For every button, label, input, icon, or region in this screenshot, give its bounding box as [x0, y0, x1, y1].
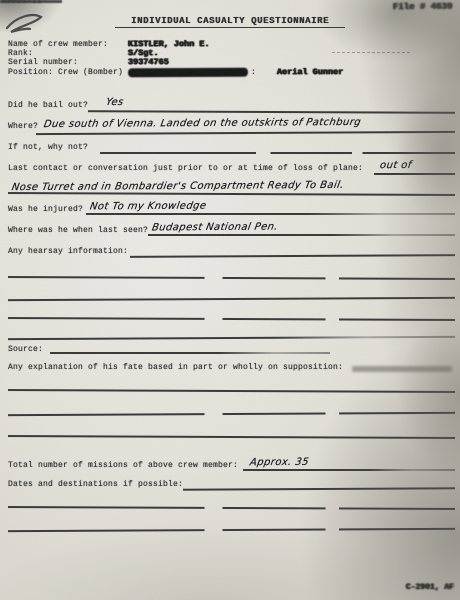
q-injured-label: Was he injured?: [8, 205, 83, 214]
position-label: Position: Crew (Bomber): [8, 68, 123, 77]
answer-line: [130, 254, 455, 257]
q-injured-answer: Not To my Knowledge: [89, 201, 207, 213]
q-missions-answer: Approx. 35: [249, 457, 310, 468]
blank-line: [8, 297, 455, 301]
q-bailout-answer: Yes: [105, 97, 124, 108]
answer-line: [8, 192, 455, 195]
serial-value: 39374765: [128, 57, 169, 67]
blank-line: [8, 317, 455, 320]
q-lastseen-answer: Budapest National Pen.: [151, 222, 279, 234]
q-where-label: Where?: [8, 122, 38, 131]
document-title: INDIVIDUAL CASUALTY QUESTIONNAIRE: [115, 16, 345, 28]
blank-line: [8, 336, 455, 340]
blank-line: [8, 389, 455, 392]
q-lastcontact-label: Last contact or conversation just prior …: [8, 164, 363, 173]
blank-line: [8, 435, 455, 438]
answer-line: [36, 131, 455, 135]
handwritten-mark-icon: [4, 8, 48, 40]
q-supposition-label: Any explanation of his fate based in par…: [8, 363, 343, 372]
redaction-bar: [128, 68, 248, 78]
q-missions-label: Total number of missions of above crew m…: [8, 461, 238, 470]
answer-line: [148, 234, 455, 236]
q-lastcontact-answer-2: Nose Turret and in Bombardier's Compartm…: [11, 180, 345, 193]
file-number-stamp: File # 4639: [393, 2, 453, 13]
serial-label: Serial number:: [8, 58, 78, 67]
q-where-answer: Due south of Vienna. Landed on the outsk…: [43, 117, 362, 130]
answer-line: [374, 173, 455, 175]
q-lastseen-label: Where was he when last seen?: [8, 226, 148, 235]
scanned-document: APPDX-11 File # 4639 INDIVIDUAL CASUALTY…: [0, 0, 460, 600]
blank-line: [8, 528, 455, 532]
answer-line: [88, 110, 455, 113]
blank-line: [8, 276, 455, 279]
name-label: Name of crew member:: [8, 40, 108, 49]
q-source-label: Source:: [8, 345, 43, 354]
blank-line: [8, 412, 455, 416]
corner-code: APPDX-11: [2, 0, 42, 6]
answer-line: [243, 469, 455, 471]
blank-line: [8, 506, 455, 509]
q-bailout-label: Did he bail out?: [8, 101, 88, 110]
position-colon: :: [251, 68, 256, 77]
rank-label: Rank:: [8, 49, 33, 58]
footer-code-stamp: C-2901, AF: [406, 583, 454, 592]
faint-dash-artifact: [332, 52, 410, 53]
smudged-line: [352, 366, 452, 372]
answer-line: [50, 352, 330, 354]
answer-line: [86, 213, 455, 215]
q-lastcontact-answer-1: out of: [379, 160, 413, 171]
q-ifnot-label: If not, why not?: [8, 143, 88, 152]
position-stamp: Aerial Gunner: [277, 67, 343, 77]
answer-line: [100, 152, 455, 154]
q-dates-label: Dates and destinations if possible:: [8, 480, 183, 489]
q-hearsay-label: Any hearsay information:: [8, 247, 128, 256]
answer-line: [183, 487, 455, 490]
